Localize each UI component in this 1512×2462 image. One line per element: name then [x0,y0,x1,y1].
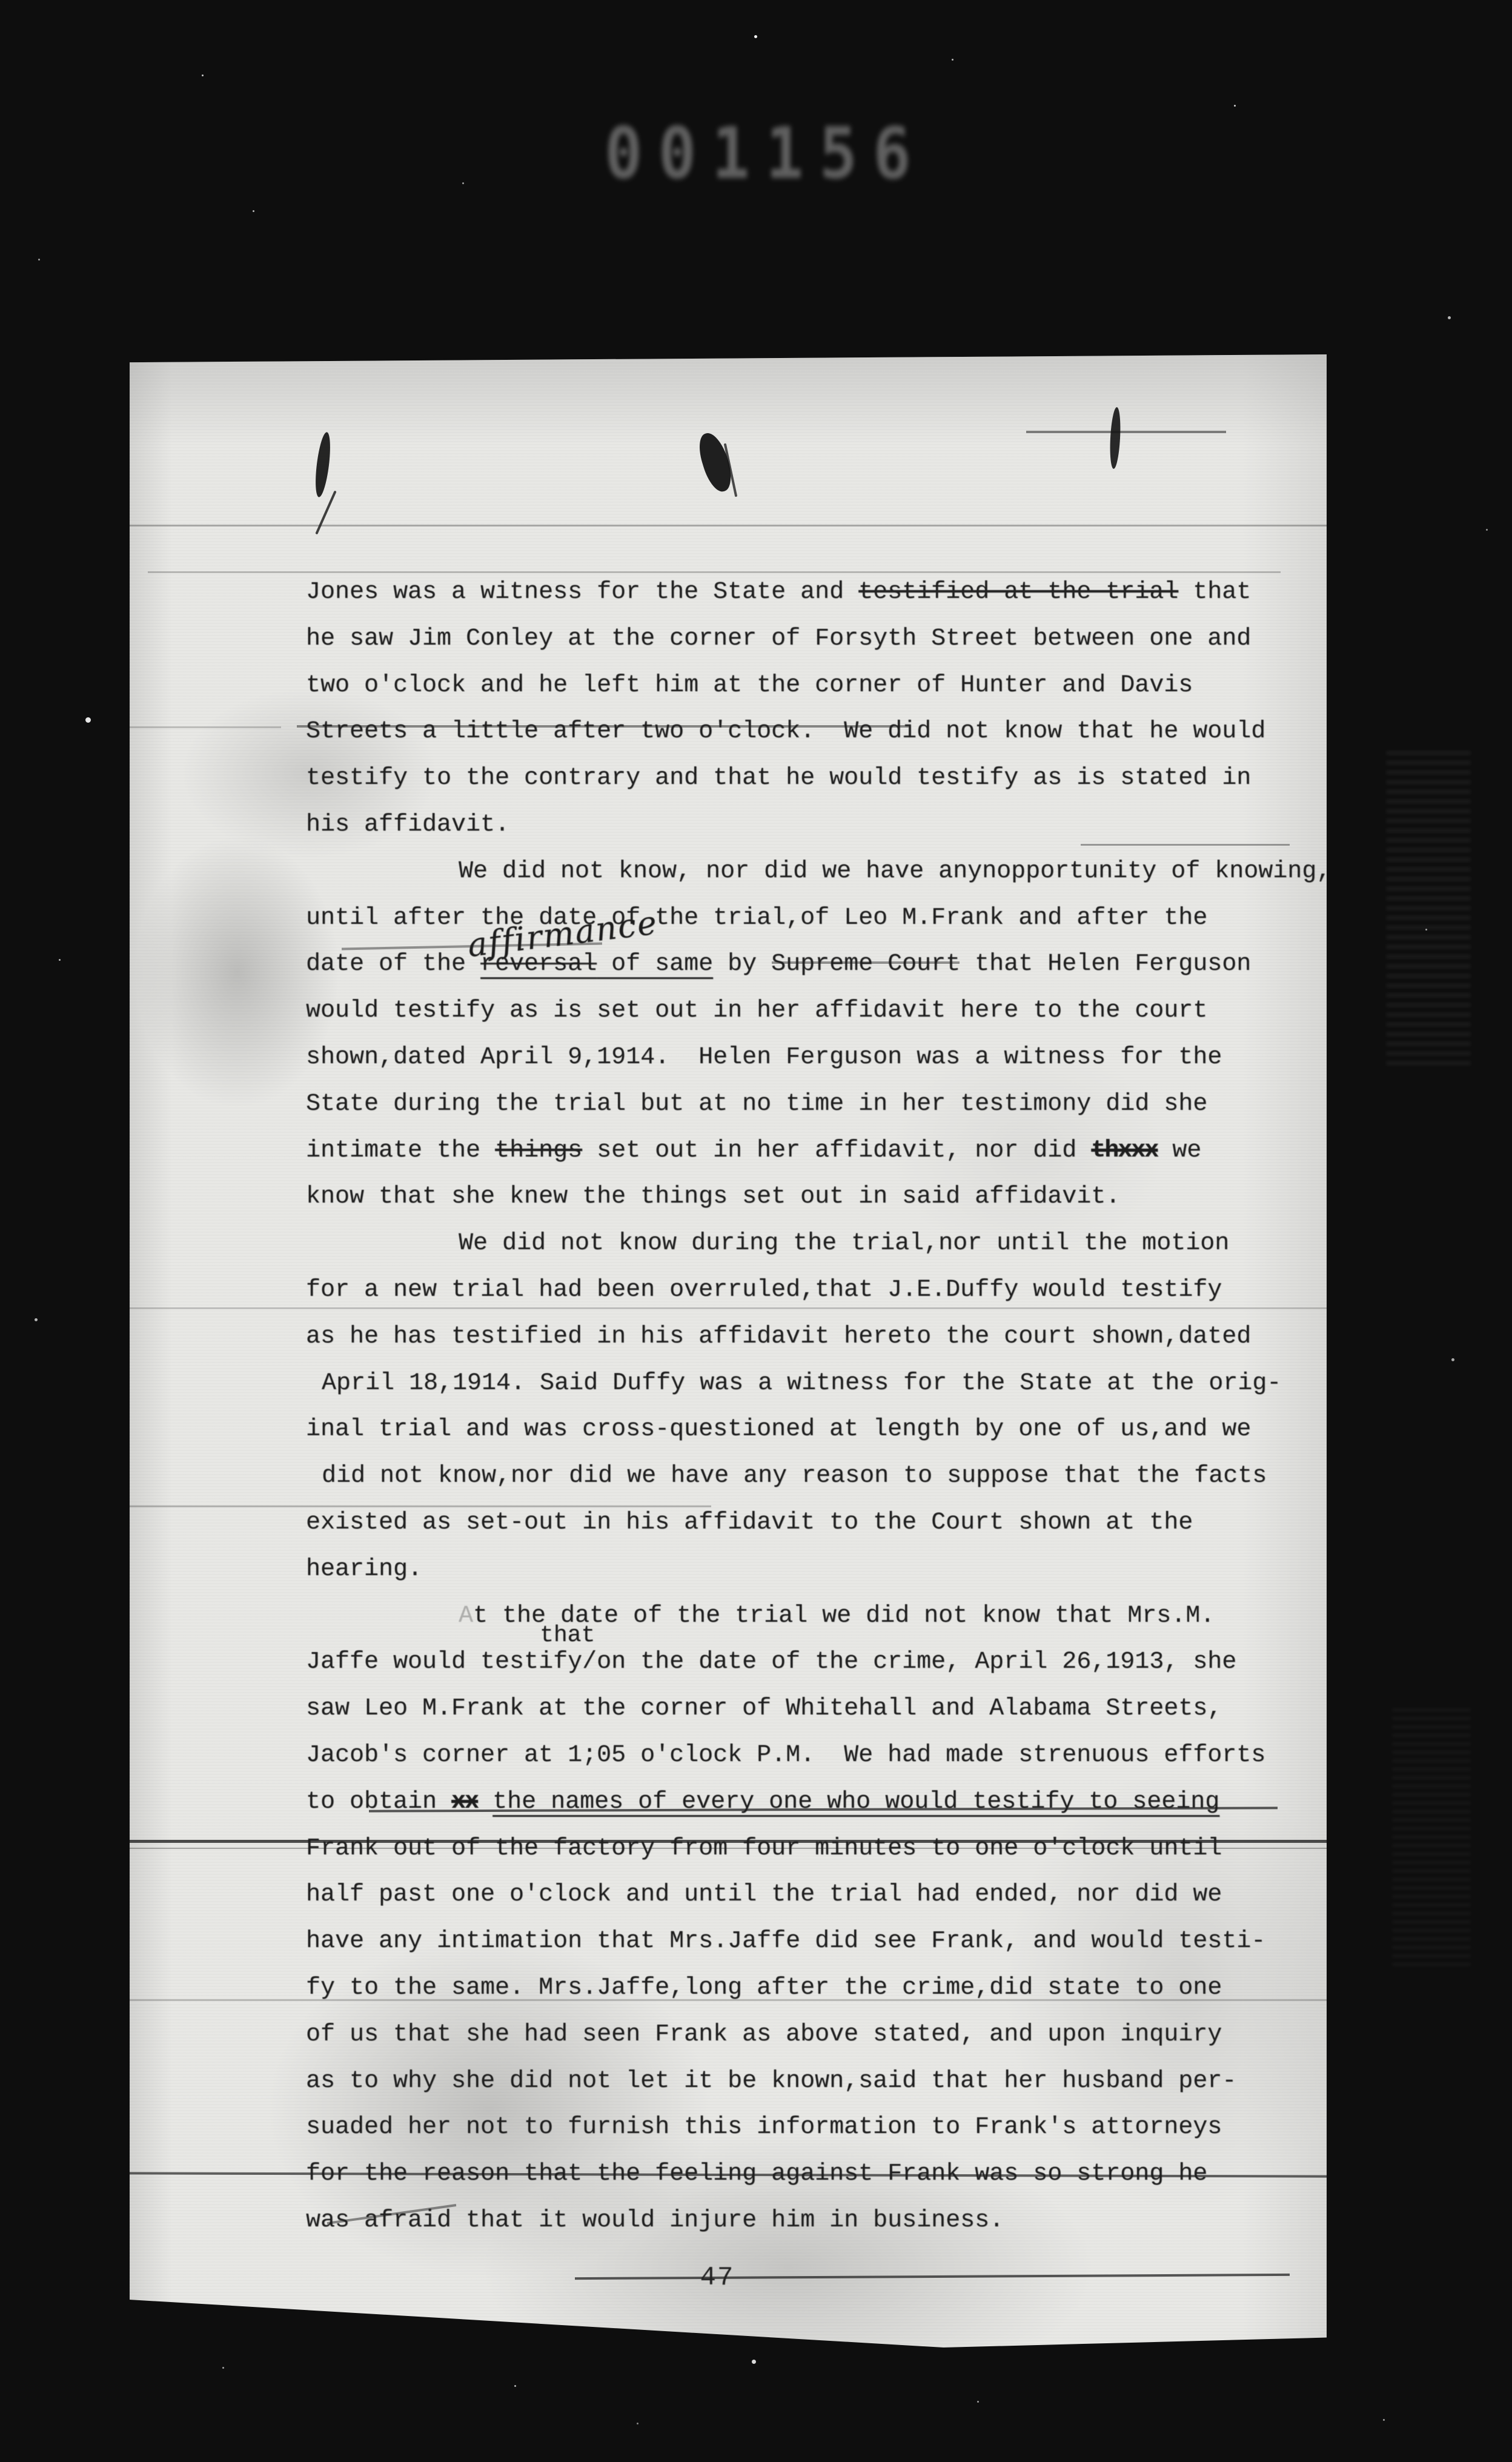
text-segment: as to why she did not let it be known,sa… [306,2068,1236,2095]
text-line: Jones was a witness for the State and te… [306,569,1331,616]
text-segment: know that she knew the things set out in… [306,1183,1120,1210]
text-segment: would testify as is set out in her affid… [306,997,1207,1024]
typewritten-text: Jones was a witness for the State and te… [306,569,1331,2245]
text-line: as he has testified in his affidavit her… [306,1314,1331,1361]
text-line: At the date of the trial we did not know… [306,1593,1331,1640]
text-line: inal trial and was cross-questioned at l… [306,1407,1331,1453]
text-segment: We did not know, nor did we have anynopp… [459,858,1331,885]
text-segment: thxxx [1091,1137,1158,1164]
text-line: have any intimation that Mrs.Jaffe did s… [306,1919,1331,1965]
text-segment: Jacob's corner at 1;05 o'clock P.M. We h… [306,1742,1265,1769]
dust-specks [0,0,3,3]
text-segment: he saw Jim Conley at the corner of Forsy… [306,625,1251,652]
text-line: Jacob's corner at 1;05 o'clock P.M. We h… [306,1733,1331,1779]
text-segment: of us that she had seen Frank as above s… [306,2021,1222,2048]
text-line: Frank out of the factory from four minut… [306,1826,1331,1873]
text-line: know that she knew the things set out in… [306,1174,1331,1221]
text-segment: xx [451,1788,478,1816]
text-line: Streets a little after two o'clock. We d… [306,709,1331,755]
text-segment: for the reason that the feeling against … [306,2160,1207,2188]
text-segment: A [459,1602,473,1630]
text-segment: existed as set-out in his affidavit to t… [306,1509,1193,1536]
text-segment: hearing. [306,1556,422,1583]
ink-cross-line [1026,431,1226,433]
text-segment: set out in her affidavit, nor did [582,1137,1091,1164]
page-number: 47 [119,2263,1316,2293]
text-segment: April 18,1914. Said Duffy was a witness … [322,1370,1281,1397]
text-line: shown,dated April 9,1914. Helen Ferguson… [306,1035,1331,1081]
text-line: We did not know, nor did we have anynopp… [306,849,1331,895]
text-segment: his affidavit. [306,811,509,838]
text-segment: until after the date of the trial,of Leo… [306,904,1207,932]
text-segment: things [495,1137,582,1164]
text-segment [478,1788,492,1816]
text-line: half past one o'clock and until the tria… [306,1872,1331,1919]
microfilm-scan: 001156 Jones was a witness for the State… [0,0,1512,2462]
text-line: he saw Jim Conley at the corner of Forsy… [306,616,1331,663]
film-streak [1392,1708,1471,1969]
text-line: We did not know during the trial,nor unt… [306,1221,1331,1267]
text-segment: for a new trial had been overruled,that … [306,1276,1222,1304]
text-line: fy to the same. Mrs.Jaffe,long after the… [306,1965,1331,2012]
scan-line [130,525,1327,526]
text-line: two o'clock and he left him at the corne… [306,663,1331,709]
text-segment: saw Leo M.Frank at the corner of Whiteha… [306,1695,1222,1722]
frame-counter-stamp: 001156 [605,112,927,195]
text-segment: on the date of the crime, April 26,1913,… [597,1648,1236,1676]
text-line: State during the trial but at no time in… [306,1081,1331,1128]
text-segment: fy to the same. Mrs.Jaffe,long after the… [306,1974,1222,2002]
text-line: saw Leo M.Frank at the corner of Whiteha… [306,1686,1331,1733]
ink-blot-mark [313,431,333,498]
text-segment: /that [582,1648,597,1676]
text-line: intimate the things set out in her affid… [306,1128,1331,1175]
text-segment: we [1158,1137,1201,1164]
text-segment: date of the [306,951,480,978]
text-segment: half past one o'clock and until the tria… [306,1881,1222,1908]
typed-insertion: that [540,1613,595,1659]
text-segment: Frank out of the factory from four minut… [306,1835,1222,1862]
film-streak [1386,751,1471,1066]
text-segment: Jones was a witness for the State and [306,579,858,606]
text-segment: inal trial and was cross-questioned at l… [306,1416,1251,1443]
text-line: was afraid that it would injure him in b… [306,2198,1331,2245]
text-segment: did not know,nor did we have any reason … [322,1462,1267,1490]
text-line: would testify as is set out in her affid… [306,988,1331,1035]
text-segment: two o'clock and he left him at the corne… [306,672,1193,699]
text-line: for the reason that the feeling against … [306,2151,1331,2198]
text-line: existed as set-out in his affidavit to t… [306,1500,1331,1547]
text-segment: testify to the contrary and that he woul… [306,765,1251,792]
text-segment: shown,dated April 9,1914. Helen Ferguson… [306,1044,1222,1071]
text-segment: to obtain [306,1788,451,1816]
text-segment: have any intimation that Mrs.Jaffe did s… [306,1928,1265,1955]
text-segment: We did not know during the trial,nor unt… [459,1230,1229,1257]
text-segment: Streets a little after two o'clock. We d… [306,718,1265,745]
text-line: date of the reversalaffirmance of same b… [306,941,1331,988]
text-line: hearing. [306,1547,1331,1593]
text-line: until after the date of the trial,of Leo… [306,895,1331,942]
text-line: of us that she had seen Frank as above s… [306,2012,1331,2059]
text-segment: suaded her not to furnish this informati… [306,2114,1222,2141]
text-segment: intimate the [306,1137,495,1164]
text-line: Jaffe would testify/thaton the date of t… [306,1639,1331,1686]
scan-line [130,726,281,728]
text-segment: testified at the trial [858,579,1178,606]
text-segment: the names of every one who would testify… [492,1788,1219,1816]
text-segment: was afraid that it would injure him in b… [306,2207,1004,2234]
text-segment: by Supreme Court that Helen Ferguson [713,951,1251,978]
text-line: April 18,1914. Said Duffy was a witness … [306,1361,1331,1407]
text-line: to obtain xx the names of every one who … [306,1779,1331,1826]
text-line: suaded her not to furnish this informati… [306,2105,1331,2151]
document-page: Jones was a witness for the State and te… [130,354,1327,2348]
text-line: his affidavit. [306,802,1331,849]
text-line: for a new trial had been overruled,that … [306,1267,1331,1314]
text-segment: that [1178,579,1251,606]
text-line: testify to the contrary and that he woul… [306,755,1331,802]
text-line: as to why she did not let it be known,sa… [306,2059,1331,2105]
text-line: did not know,nor did we have any reason … [306,1453,1331,1500]
ink-cross-mark [1109,407,1121,470]
text-segment: reversalaffirmance [480,951,597,978]
text-segment: as he has testified in his affidavit her… [306,1323,1251,1350]
text-segment: of same [597,951,713,978]
text-segment: State during the trial but at no time in… [306,1090,1207,1118]
